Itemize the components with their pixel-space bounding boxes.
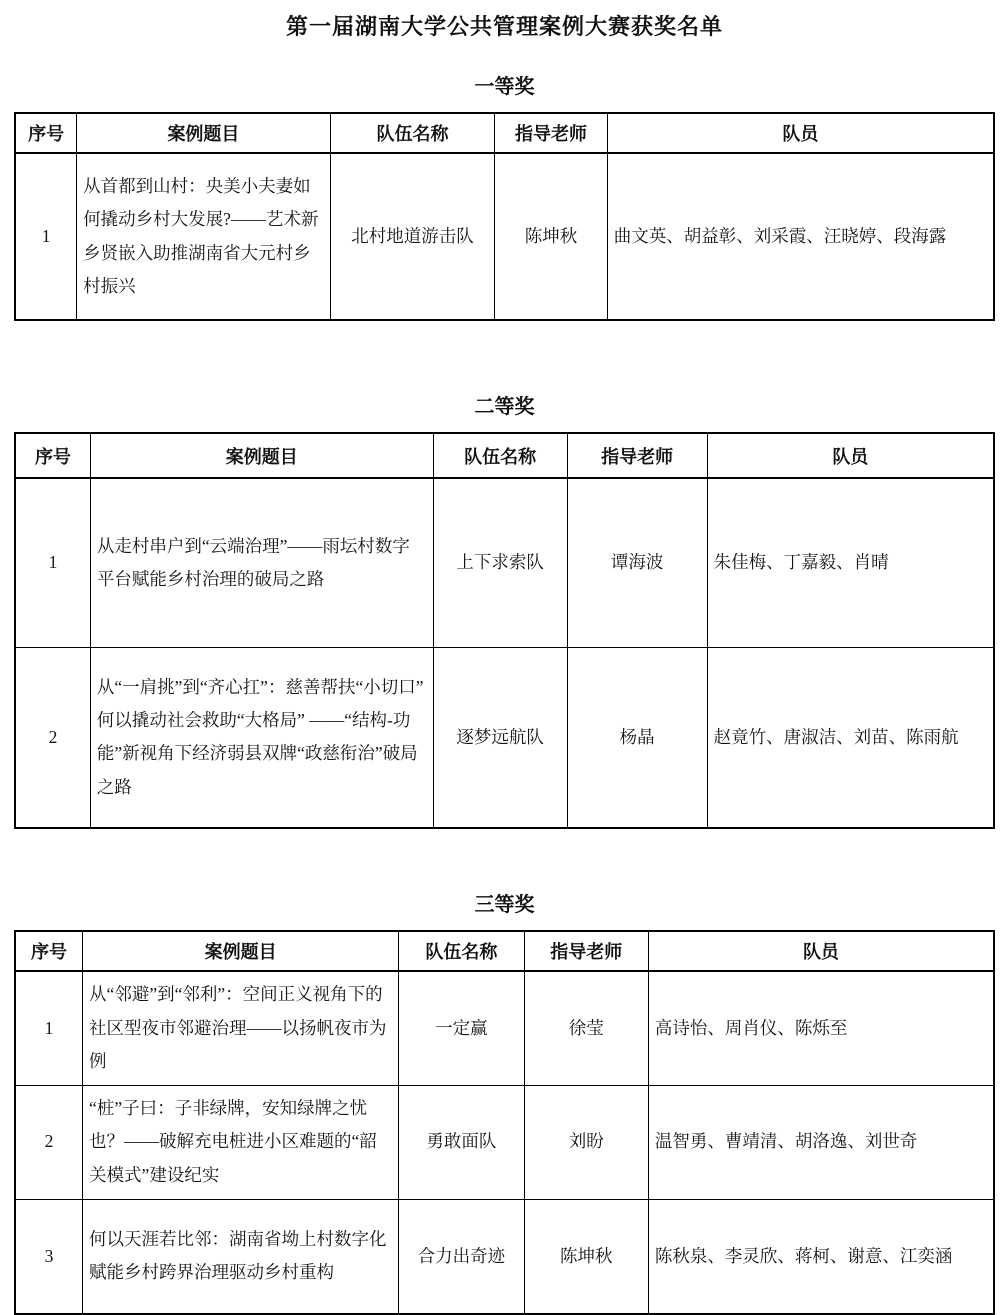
column-header-members: 队员 [648, 931, 994, 971]
cell-advisor: 谭海波 [567, 478, 707, 647]
cell-members: 陈秋泉、李灵欣、蒋柯、谢意、江奕涵 [648, 1199, 994, 1314]
column-header-case-title: 案例题目 [83, 931, 399, 971]
cell-serial: 1 [15, 153, 77, 320]
cell-case-title: “桩”子曰：子非绿牌，安知绿牌之忧也？——破解充电桩进小区难题的“韶关模式”建设… [83, 1085, 399, 1199]
column-header-case-title: 案例题目 [77, 113, 331, 153]
column-header-serial: 序号 [15, 113, 77, 153]
table-row: 2 “桩”子曰：子非绿牌，安知绿牌之忧也？——破解充电桩进小区难题的“韶关模式”… [15, 1085, 994, 1199]
cell-advisor: 陈坤秋 [495, 153, 608, 320]
cell-serial: 3 [15, 1199, 83, 1314]
table-header-row: 序号 案例题目 队伍名称 指导老师 队员 [15, 433, 994, 478]
column-header-advisor: 指导老师 [567, 433, 707, 478]
cell-team-name: 勇敢面队 [399, 1085, 524, 1199]
awards-table-third-prize: 序号 案例题目 队伍名称 指导老师 队员 1 从“邻避”到“邻利”：空间正义视角… [14, 930, 995, 1315]
cell-advisor: 陈坤秋 [524, 1199, 648, 1314]
table-row: 1 从首都到山村：央美小夫妻如何撬动乡村大发展?——艺术新乡贤嵌入助推湖南省大元… [15, 153, 994, 320]
cell-serial: 1 [15, 478, 90, 647]
page-title: 第一届湖南大学公共管理案例大赛获奖名单 [14, 8, 995, 41]
column-header-advisor: 指导老师 [524, 931, 648, 971]
column-header-case-title: 案例题目 [90, 433, 433, 478]
section-heading-third-prize: 三等奖 [14, 888, 995, 917]
cell-team-name: 北村地道游击队 [330, 153, 494, 320]
table-header-row: 序号 案例题目 队伍名称 指导老师 队员 [15, 931, 994, 971]
section-heading-second-prize: 二等奖 [14, 390, 995, 419]
cell-advisor: 刘盼 [524, 1085, 648, 1199]
cell-members: 曲文英、胡益彰、刘采霞、汪晓婷、段海露 [607, 153, 994, 320]
column-header-team-name: 队伍名称 [433, 433, 567, 478]
cell-serial: 1 [15, 971, 83, 1085]
cell-members: 高诗怡、周肖仪、陈烁至 [648, 971, 994, 1085]
column-header-team-name: 队伍名称 [330, 113, 494, 153]
column-header-advisor: 指导老师 [495, 113, 608, 153]
cell-team-name: 逐梦远航队 [433, 647, 567, 828]
document-page: 第一届湖南大学公共管理案例大赛获奖名单 一等奖 序号 案例题目 队伍名称 指导老… [0, 0, 1000, 1315]
cell-case-title: 从首都到山村：央美小夫妻如何撬动乡村大发展?——艺术新乡贤嵌入助推湖南省大元村乡… [77, 153, 331, 320]
cell-serial: 2 [15, 1085, 83, 1199]
cell-advisor: 徐莹 [524, 971, 648, 1085]
table-row: 1 从走村串户到“云端治理”——雨坛村数字平台赋能乡村治理的破局之路 上下求索队… [15, 478, 994, 647]
column-header-serial: 序号 [15, 433, 90, 478]
cell-members: 温智勇、曹靖清、胡洛逸、刘世奇 [648, 1085, 994, 1199]
awards-table-first-prize: 序号 案例题目 队伍名称 指导老师 队员 1 从首都到山村：央美小夫妻如何撬动乡… [14, 112, 995, 321]
cell-team-name: 上下求索队 [433, 478, 567, 647]
table-row: 2 从“一肩挑”到“齐心扛”：慈善帮扶“小切口”何以撬动社会救助“大格局” ——… [15, 647, 994, 828]
cell-case-title: 从走村串户到“云端治理”——雨坛村数字平台赋能乡村治理的破局之路 [90, 478, 433, 647]
table-row: 3 何以天涯若比邻：湖南省坳上村数字化赋能乡村跨界治理驱动乡村重构 合力出奇迹 … [15, 1199, 994, 1314]
awards-table-second-prize: 序号 案例题目 队伍名称 指导老师 队员 1 从走村串户到“云端治理”——雨坛村… [14, 432, 995, 829]
column-header-serial: 序号 [15, 931, 83, 971]
column-header-members: 队员 [707, 433, 994, 478]
cell-case-title: 从“一肩挑”到“齐心扛”：慈善帮扶“小切口”何以撬动社会救助“大格局” ——“结… [90, 647, 433, 828]
cell-case-title: 从“邻避”到“邻利”：空间正义视角下的社区型夜市邻避治理——以扬帆夜市为例 [83, 971, 399, 1085]
cell-team-name: 一定赢 [399, 971, 524, 1085]
cell-members: 朱佳梅、丁嘉毅、肖晴 [707, 478, 994, 647]
section-heading-first-prize: 一等奖 [14, 70, 995, 99]
column-header-team-name: 队伍名称 [399, 931, 524, 971]
cell-case-title: 何以天涯若比邻：湖南省坳上村数字化赋能乡村跨界治理驱动乡村重构 [83, 1199, 399, 1314]
table-row: 1 从“邻避”到“邻利”：空间正义视角下的社区型夜市邻避治理——以扬帆夜市为例 … [15, 971, 994, 1085]
table-header-row: 序号 案例题目 队伍名称 指导老师 队员 [15, 113, 994, 153]
cell-advisor: 杨晶 [567, 647, 707, 828]
cell-serial: 2 [15, 647, 90, 828]
column-header-members: 队员 [607, 113, 994, 153]
cell-team-name: 合力出奇迹 [399, 1199, 524, 1314]
cell-members: 赵竟竹、唐淑洁、刘苗、陈雨航 [707, 647, 994, 828]
